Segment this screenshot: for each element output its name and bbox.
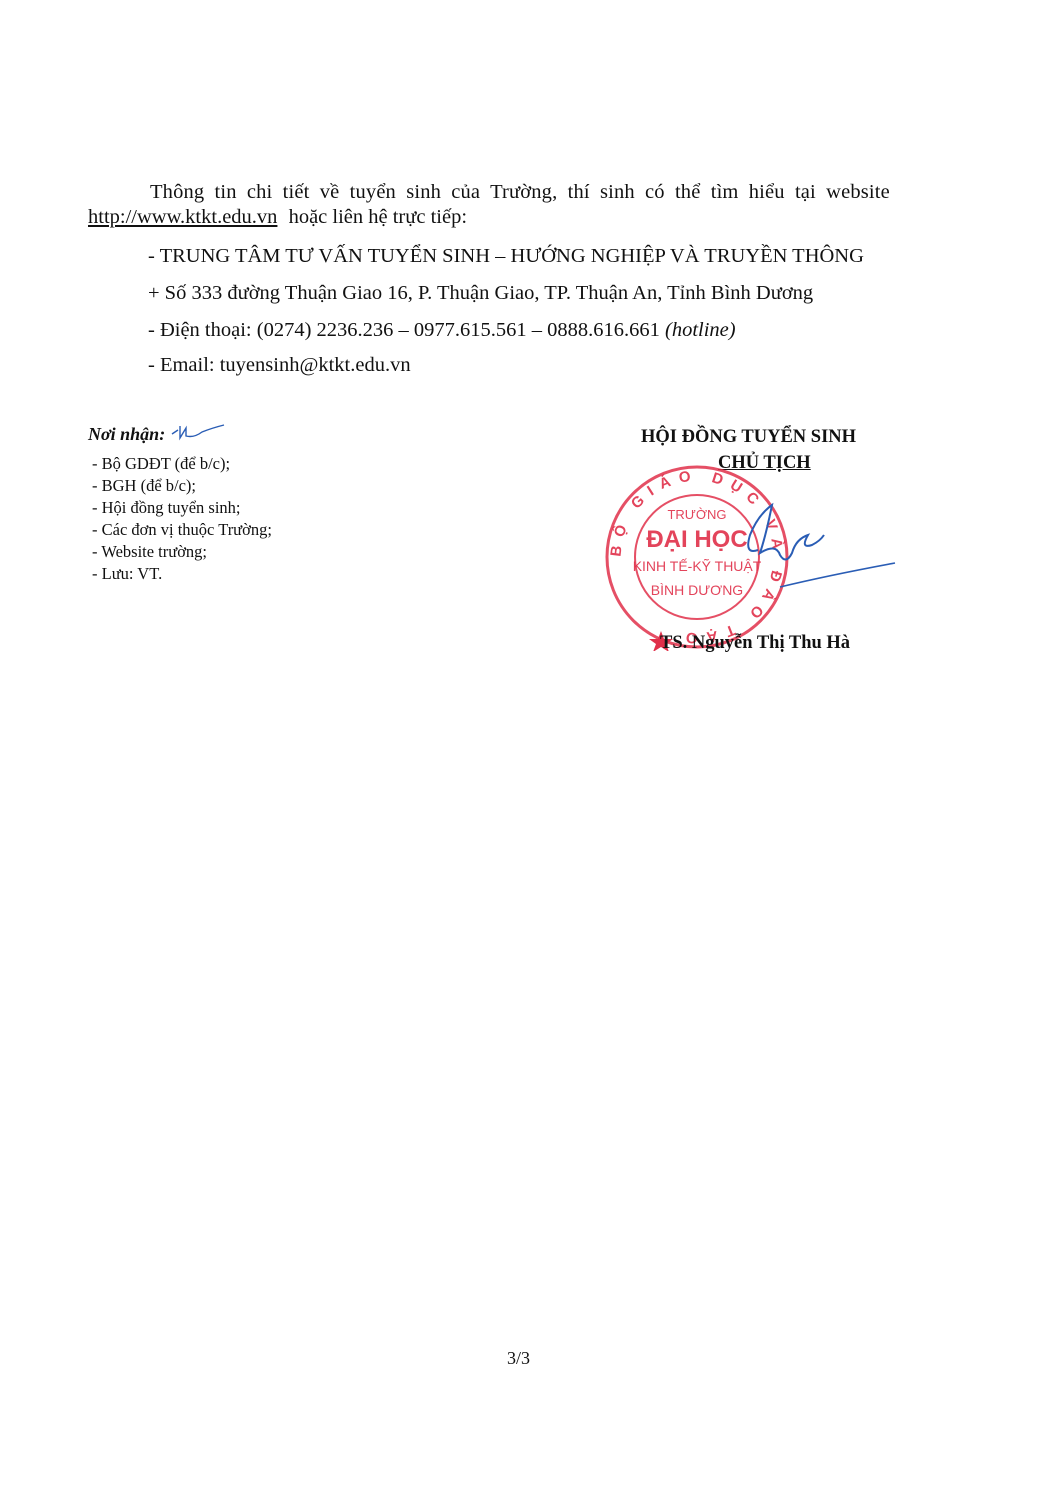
intro-rest-text: hoặc liên hệ trực tiếp: — [277, 206, 467, 228]
contact-email: - Email: tuyensinh@ktkt.edu.vn — [148, 354, 411, 377]
intro-paragraph-line2: http://www.ktkt.edu.vn hoặc liên hệ trực… — [88, 206, 467, 229]
recipient-item: - Lưu: VT. — [92, 563, 272, 585]
contact-center-name: - TRUNG TÂM TƯ VẤN TUYỂN SINH – HƯỚNG NG… — [148, 245, 864, 268]
page-number: 3/3 — [507, 1348, 530, 1369]
contact-phone: - Điện thoại: (0274) 2236.236 – 0977.615… — [148, 319, 736, 342]
recipient-item: - Các đơn vị thuộc Trường; — [92, 519, 272, 541]
recipients-list: - Bộ GDĐT (để b/c); - BGH (để b/c); - Hộ… — [92, 453, 272, 585]
website-link[interactable]: http://www.ktkt.edu.vn — [88, 206, 277, 228]
recipient-item: - BGH (để b/c); — [92, 475, 272, 497]
contact-address: + Số 333 đường Thuận Giao 16, P. Thuận G… — [148, 282, 813, 305]
recipients-title-text: Nơi nhận: — [88, 424, 165, 444]
council-title: HỘI ĐỒNG TUYỂN SINH — [641, 427, 856, 448]
recipients-title: Nơi nhận: — [88, 424, 228, 445]
recipient-item: - Hội đồng tuyển sinh; — [92, 497, 272, 519]
hotline-label: (hotline) — [665, 319, 736, 341]
handwritten-signature-icon — [700, 495, 900, 605]
phone-numbers: - Điện thoại: (0274) 2236.236 – 0977.615… — [148, 319, 665, 341]
intro-paragraph-line1: Thông tin chi tiết về tuyển sinh của Trư… — [150, 181, 970, 204]
initial-scribble-icon — [168, 424, 228, 444]
signer-name: TS. Nguyễn Thị Thu Hà — [660, 633, 850, 654]
recipient-item: - Website trường; — [92, 541, 272, 563]
recipient-item: - Bộ GDĐT (để b/c); — [92, 453, 272, 475]
